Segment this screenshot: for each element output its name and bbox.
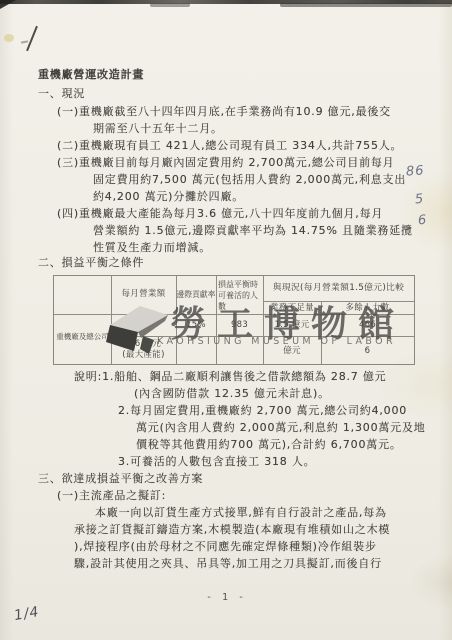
paper-stain (4, 34, 14, 42)
doc-line: 本廠一向以訂貨生產方式接單,鮮有自行設計之產品,每為 (95, 506, 387, 519)
doc-line: 性質及生產力而增減。 (93, 241, 211, 254)
doc-line: 固定費用約7,500 萬元(包括用人費約 2,000萬元,利息支出 (93, 173, 406, 186)
cell-breakeven-headcount-1: 983 (216, 320, 263, 331)
cell-monthly-revenue-2-value: 3.6 億元 (126, 339, 161, 349)
handwritten-date-month: 5 (414, 192, 425, 208)
scan-edge-top-right (280, 3, 452, 7)
scan-smudge (150, 3, 190, 7)
table-hline (263, 301, 414, 302)
doc-section-3: 三、欲達成損益平衡之改善方案 (38, 472, 203, 485)
handwritten-tick-mark (21, 40, 28, 43)
col-header-comparison-group: 與現況(每月營業額1.5億元)比較 (263, 283, 414, 294)
doc-line: (三)重機廠目前每月廠內固定費用約 2,700萬元,總公司目前每月 (57, 156, 394, 169)
cell-surplus-manpower-1: 466 (321, 320, 414, 331)
page-number: - 1 - (0, 592, 452, 603)
table-row-label: 重機廠及總公司 (54, 331, 111, 342)
handwritten-date-year: 86 (405, 163, 425, 179)
sheet-number-handwritten: 1/4 (13, 604, 41, 624)
doc-line: (一)主流產品之擬訂: (57, 489, 166, 502)
doc-line: 驟,設計其使用之夾具、吊具等,加工用之刀具擬訂,而後自行 (74, 557, 382, 570)
breakeven-table: 每月營業額 邊際貢獻率 損益平衡時可養活的人數 與現況(每月營業額1.5億元)比… (53, 275, 415, 365)
cell-monthly-revenue-2: 3.6 億元 (最大產能) (111, 339, 176, 361)
table-hline (54, 314, 414, 315)
doc-note-line: 3.可養活的人數包含直接工 318 人。 (118, 455, 315, 468)
doc-section-1: 一、現況 (38, 87, 85, 100)
doc-note-line: 2.每月固定費用,重機廠約 2,700 萬元,總公司約4,000 (118, 404, 407, 417)
doc-section-2: 二、損益平衡之條件 (38, 256, 144, 269)
doc-note-line: (內含國防借款 12.35 億元未計息)。 (134, 387, 330, 400)
doc-line: 約4,200 萬元)分攤於四廠。 (93, 190, 244, 203)
scan-corner-mark (0, 0, 16, 9)
doc-line: ),焊接程序(由於母材之不同應先確定焊條種類)冷作組裝步 (74, 540, 377, 553)
doc-line: 營業額約 1.5億元,邊際貢獻率平均為 14.75% 且隨業務延攬 (93, 224, 413, 237)
scanned-document-page: 重機廠營運改造計畫 一、現況 (一)重機廠截至八十四年四月底,在手業務尚有10.… (0, 0, 452, 640)
handwritten-date-day: 6 (417, 213, 427, 229)
cell-monthly-revenue-2-note: (最大產能) (122, 350, 164, 360)
cell-business-shortfall-1: 1.5 億元 (263, 320, 321, 331)
cell-contribution-rate-1: 15% (176, 320, 216, 331)
doc-line: (四)重機廠最大產能為每月3.6 億元,八十四年度前九個月,每月 (57, 207, 383, 220)
handwritten-slash-mark (26, 26, 38, 52)
doc-note-line: 價稅等其他費用約700 萬元),合計約 6,700萬元。 (136, 438, 402, 451)
col-header-surplus-manpower: 多餘人力數 (321, 303, 414, 314)
doc-line: (一)重機廠截至八十四年四月底,在手業務尚有10.9 億元,最後交 (57, 105, 391, 118)
col-header-breakeven-headcount: 損益平衡時可養活的人數 (217, 279, 263, 312)
col-header-business-shortfall: 業務不足量 (263, 303, 321, 314)
col-header-contribution-rate: 邊際貢獻率 (176, 289, 216, 300)
doc-line: 期需至八十五年十二月。 (93, 122, 223, 135)
doc-title: 重機廠營運改造計畫 (38, 68, 144, 81)
doc-note-line: 說明:1.船舶、鋼品二廠順利讓售後之借款總額為 28.7 億元 (74, 370, 387, 383)
doc-line: 承接之訂貨擬訂鑄造方案,木模製造(本廠現有堆積如山之木模 (74, 523, 390, 536)
cell-surplus-manpower-2: 6 (321, 346, 414, 357)
cell-business-shortfall-2: 億元 (263, 346, 321, 357)
doc-line: (二)重機廠現有員工 421人,總公司現有員工 334人,共計755人。 (57, 139, 402, 152)
table-hline (111, 336, 414, 337)
doc-note-line: 萬元(內含用人費約 2,000萬元,利息約 1,300萬元及地 (136, 421, 426, 434)
col-header-monthly-revenue: 每月營業額 (111, 289, 176, 300)
